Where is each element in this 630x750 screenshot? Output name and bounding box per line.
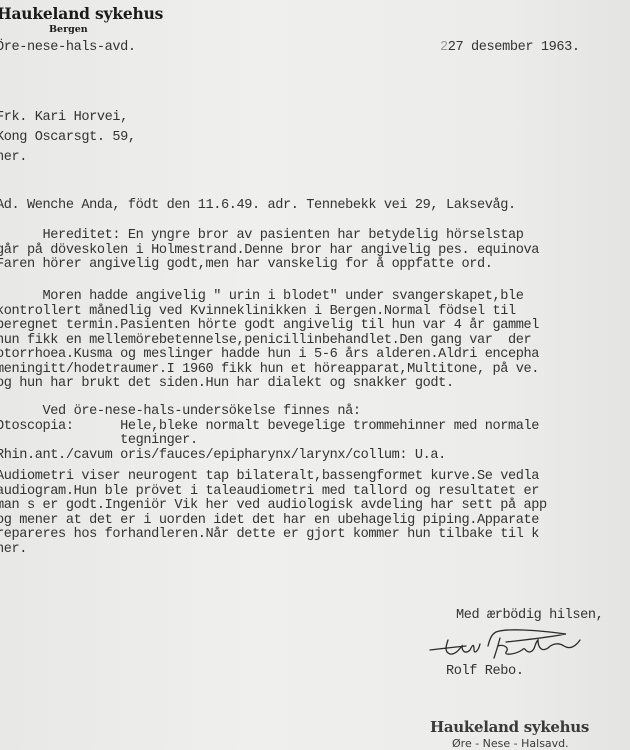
text-line: beregnet termin.Pasienten hörte godt ang… <box>0 319 539 334</box>
text-line: Rhin.ant./cavum oris/fauces/epipharynx/l… <box>0 449 539 464</box>
text-line: meningitt/hodetraumer.I 1960 fikk hun et… <box>0 363 539 378</box>
paragraph-examination: Ved öre-nese-hals-undersökelse finnes nå… <box>0 405 539 463</box>
closing-salutation: Med ærbödig hilsen, <box>456 608 603 624</box>
letterhead-subtitle: Bergen <box>49 24 88 35</box>
letterhead-title: Haukeland sykehus <box>0 4 163 23</box>
subject-line: Ad. Wenche Anda, födt den 11.6.49. adr. … <box>0 198 516 214</box>
text-line: tegninger. <box>0 434 539 449</box>
text-line: Faren hörer angivelig godt,men har vansk… <box>0 258 539 273</box>
handwritten-signature <box>426 628 596 668</box>
text-line: og hun har brukt det siden.Hun har diale… <box>0 377 539 392</box>
text-line: kontrollert månedlig ved Kvinneklinikken… <box>0 305 539 320</box>
text-line: man s er godt.Ingeniör Vik her ved audio… <box>0 499 547 514</box>
text-line: hun fikk en mellemörebetennelse,penicill… <box>0 334 539 349</box>
paragraph-history: Moren hadde angivelig " urin i blodet" u… <box>0 290 539 392</box>
recipient-line-3: her. <box>0 150 27 166</box>
text-line: går på döveskolen i Holmestrand.Denne br… <box>0 244 539 259</box>
stamp-subtitle: Øre - Nese - Halsavd. <box>452 737 569 750</box>
text-line: Ved öre-nese-hals-undersökelse finnes nå… <box>0 405 539 420</box>
stamp-title: Haukeland sykehus <box>430 718 589 736</box>
text-line: Moren hadde angivelig " urin i blodet" u… <box>0 290 539 305</box>
text-line: otorrhoea.Kusma og meslinger hadde hun i… <box>0 348 539 363</box>
department-line: Öre-nese-hals-avd. <box>0 40 136 56</box>
letter-date: 227 desember 1963. <box>440 40 580 56</box>
text-line: her. <box>0 543 547 558</box>
signer-name: Rolf Rebo. <box>446 664 524 680</box>
text-line: Hereditet: En yngre bror av pasienten ha… <box>0 229 539 244</box>
text-line: audiogram.Hun ble prövet i taleaudiometr… <box>0 485 547 500</box>
text-line: Otoscopia: Hele,bleke normalt bevegelige… <box>0 420 539 435</box>
text-line: og mener at det er i uorden idet det har… <box>0 514 547 529</box>
letter-page: Haukeland sykehus Bergen Öre-nese-hals-a… <box>0 0 630 750</box>
date-text: 27 desember 1963. <box>448 40 580 55</box>
recipient-line-2: Kong Oscarsgt. 59, <box>0 130 136 146</box>
text-line: Audiometri viser neurogent tap bilateral… <box>0 470 547 485</box>
paragraph-heredity: Hereditet: En yngre bror av pasienten ha… <box>0 229 539 273</box>
text-line: repareres hos forhandleren.Når dette er … <box>0 528 547 543</box>
paragraph-audiometry: Audiometri viser neurogent tap bilateral… <box>0 470 547 557</box>
struck-digit: 2 <box>440 40 448 55</box>
recipient-line-1: Frk. Kari Horvei, <box>0 110 128 126</box>
